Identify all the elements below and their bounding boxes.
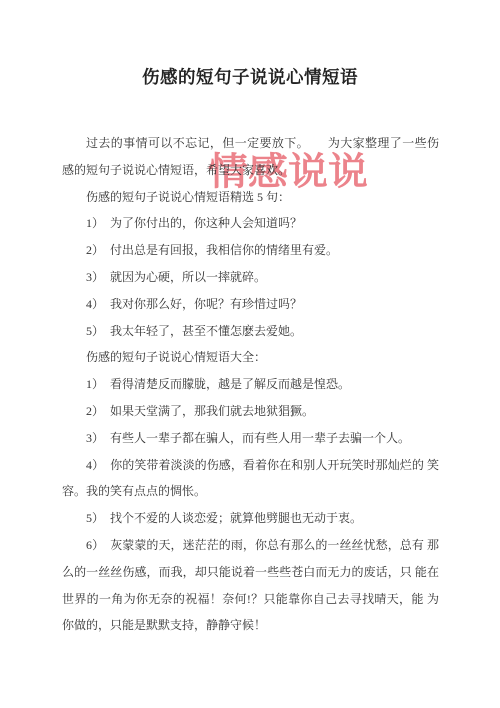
paragraph: 4） 你的笑带着淡淡的伤感，看着你在和别人开玩笑时那灿烂的 笑容。我的笑有点点的… xyxy=(62,452,439,506)
paragraph: 3） 就因为心硬，所以一摔就碎。 xyxy=(62,264,439,291)
paragraph: 过去的事情可以不忘记，但一定要放下。 为大家整理了一些伤感的短句子说说心情短语，… xyxy=(62,130,439,184)
paragraph: 2） 如果天堂满了，那我们就去地狱猖獗。 xyxy=(62,398,439,425)
paragraph: 4） 我对你那么好，你呢？有珍惜过吗？ xyxy=(62,291,439,318)
paragraph: 2） 付出总是有回报，我相信你的情绪里有爱。 xyxy=(62,237,439,264)
document-page: 情感说说 伤感的短句子说说心情短语 过去的事情可以不忘记，但一定要放下。 为大家… xyxy=(0,0,500,708)
paragraph: 伤感的短句子说说心情短语精选 5 句： xyxy=(62,184,439,211)
paragraph: 3） 有些人一辈子都在骗人，而有些人用一辈子去骗一个人。 xyxy=(62,425,439,452)
paragraph: 伤感的短句子说说心情短语大全： xyxy=(62,344,439,371)
page-title: 伤感的短句子说说心情短语 xyxy=(0,64,500,89)
paragraph: 6） 灰蒙蒙的天，迷茫茫的雨，你总有那么的一丝丝忧愁，总有 那么的一丝丝伤感，而… xyxy=(62,532,439,639)
document-body: 过去的事情可以不忘记，但一定要放下。 为大家整理了一些伤感的短句子说说心情短语，… xyxy=(62,130,439,639)
paragraph: 5） 找个不爱的人谈恋爱；就算他劈腿也无动于衷。 xyxy=(62,505,439,532)
paragraph: 1） 为了你付出的，你这种人会知道吗？ xyxy=(62,210,439,237)
paragraph: 5） 我太年轻了，甚至不懂怎麽去爱她。 xyxy=(62,318,439,345)
paragraph: 1） 看得清楚反而朦胧，越是了解反而越是惶恐。 xyxy=(62,371,439,398)
